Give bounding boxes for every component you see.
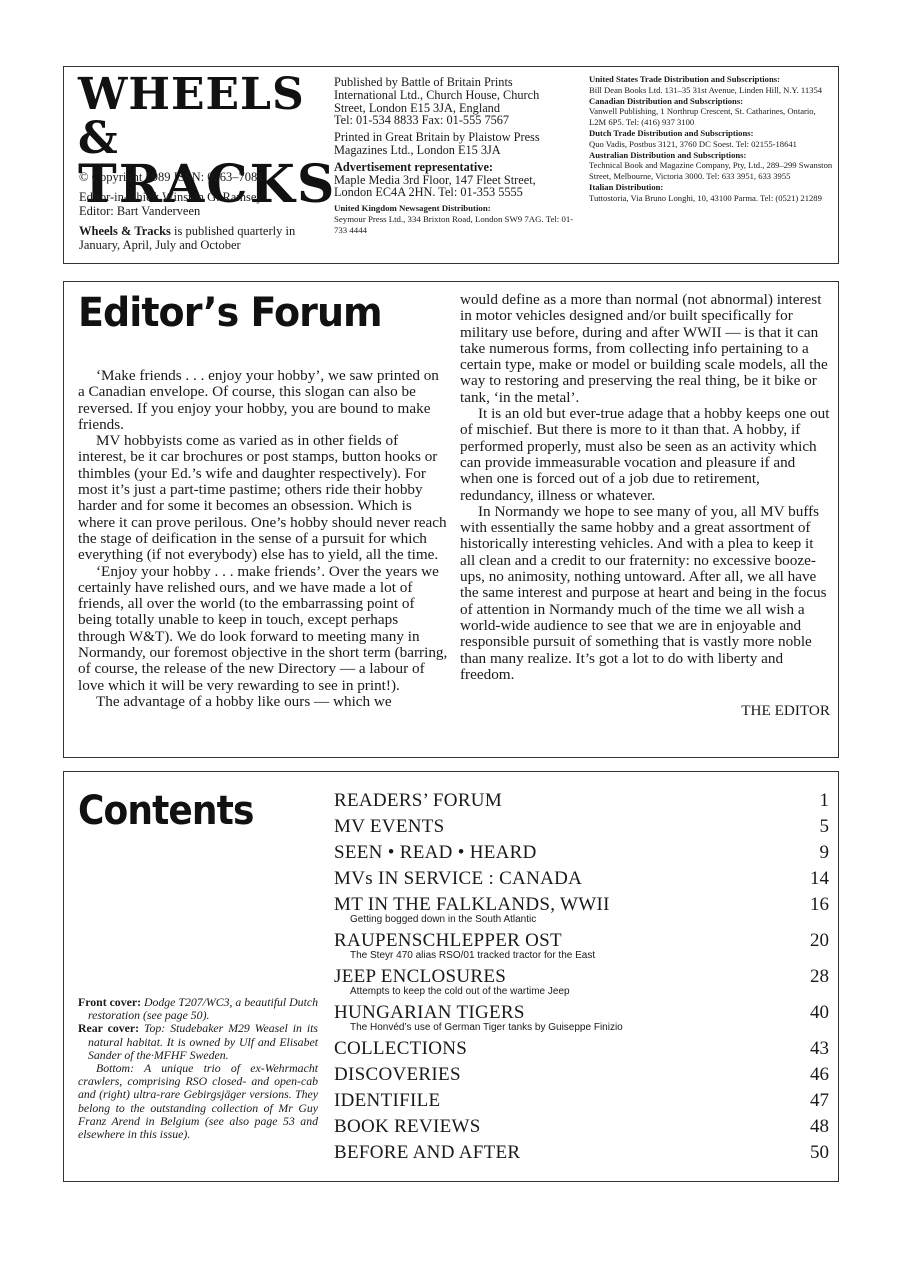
masthead-box: WHEELS & TRACKS © Copyright 1989 ISSN: 0… [63, 66, 839, 264]
logo-line-1: WHEELS & [78, 73, 328, 161]
uk-distribution: United Kingdom Newsagent Distribution:Se… [334, 203, 574, 236]
distribution-list: United States Trade Distribution and Sub… [589, 74, 834, 204]
editorial-paragraph: would define as a more than normal (not … [460, 292, 830, 406]
toc-entry-subtitle: Attempts to keep the cold out of the war… [334, 986, 829, 997]
toc-entry-page: 28 [810, 966, 829, 987]
distribution-label: Canadian Distribution and Subscriptions: [589, 96, 743, 106]
toc-entry[interactable]: DISCOVERIES46 [334, 1064, 829, 1085]
toc-entry-subtitle: The Honvéd’s use of German Tiger tanks b… [334, 1022, 829, 1033]
cover-captions: Front cover: Dodge T207/WC3, a beautiful… [78, 996, 318, 1141]
distribution-label: Dutch Trade Distribution and Subscriptio… [589, 128, 753, 138]
editorial-paragraph: MV hobbyists come as varied as in other … [78, 433, 448, 563]
toc-entry[interactable]: RAUPENSCHLEPPER OST20The Steyr 470 alias… [334, 930, 829, 961]
rear-cover-label: Rear cover: [78, 1021, 139, 1035]
publication-name: Wheels & Tracks [79, 224, 171, 238]
distribution-label: Australian Distribution and Subscription… [589, 150, 746, 160]
distribution-text: Technical Book and Magazine Company, Pty… [589, 160, 832, 181]
toc-entry[interactable]: READERS’ FORUM1 [334, 790, 829, 811]
toc-entry-title[interactable]: MVs IN SERVICE : CANADA [334, 868, 829, 889]
advert-info: Advertisement representative:Maple Media… [334, 161, 574, 199]
distribution-item: Dutch Trade Distribution and Subscriptio… [589, 128, 834, 150]
toc-entry-title[interactable]: DISCOVERIES [334, 1064, 829, 1085]
advert-text: Maple Media 3rd Floor, 147 Fleet Street,… [334, 173, 536, 200]
toc-entry-title[interactable]: COLLECTIONS [334, 1038, 829, 1059]
editor: Editor: Bart Vanderveen [79, 204, 200, 218]
distribution-label: United States Trade Distribution and Sub… [589, 74, 780, 84]
rear-cover-caption: Rear cover: Top: Studebaker M29 Weasel i… [78, 1022, 318, 1062]
contents-box: Contents Front cover: Dodge T207/WC3, a … [63, 771, 839, 1182]
distribution-text: Vanwell Publishing, 1 Northrup Crescent,… [589, 106, 816, 127]
toc-entry-page: 43 [810, 1038, 829, 1059]
masthead-credits: © Copyright 1989 ISSN: 0263–7081 Editor-… [79, 170, 329, 258]
toc-entry-title[interactable]: IDENTIFILE [334, 1090, 829, 1111]
toc-entry-title[interactable]: BEFORE AND AFTER [334, 1142, 829, 1163]
editor-in-chief: Editor-in-Chief: Winston G. Ramsey [79, 190, 263, 204]
uk-label: United Kingdom Newsagent Distribution: [334, 203, 491, 213]
toc-entry[interactable]: MV EVENTS5 [334, 816, 829, 837]
toc-entry-page: 48 [810, 1116, 829, 1137]
distribution-item: Australian Distribution and Subscription… [589, 150, 834, 182]
toc-entry[interactable]: SEEN • READ • HEARD9 [334, 842, 829, 863]
distribution-item: Canadian Distribution and Subscriptions:… [589, 96, 834, 128]
toc-entry-page: 9 [820, 842, 830, 863]
rear-cover-bottom-caption: Bottom: A unique trio of ex-Wehrmacht cr… [78, 1062, 318, 1141]
toc-entry-title[interactable]: SEEN • READ • HEARD [334, 842, 829, 863]
toc-entry-title[interactable]: RAUPENSCHLEPPER OST [334, 930, 829, 951]
toc-entry-page: 16 [810, 894, 829, 915]
contents-title: Contents [78, 788, 253, 834]
toc-entry[interactable]: IDENTIFILE47 [334, 1090, 829, 1111]
toc-entry-page: 50 [810, 1142, 829, 1163]
toc-entry-page: 14 [810, 868, 829, 889]
toc-entry[interactable]: MT IN THE FALKLANDS, WWII16Getting bogge… [334, 894, 829, 925]
toc-entry-page: 5 [820, 816, 830, 837]
publisher-address: Published by Battle of Britain Prints In… [334, 75, 539, 115]
editorial-paragraph: ‘Make friends . . . enjoy your hobby’, w… [78, 368, 448, 433]
toc-entry-page: 20 [810, 930, 829, 951]
editorial-column-2: would define as a more than normal (not … [460, 292, 830, 719]
toc-entry-page: 47 [810, 1090, 829, 1111]
editorial-paragraph: ‘Enjoy your hobby . . . make friends’. O… [78, 564, 448, 694]
uk-text: Seymour Press Ltd., 334 Brixton Road, Lo… [334, 214, 573, 235]
editor-credits: Editor-in-Chief: Winston G. RamseyEditor… [79, 190, 329, 218]
table-of-contents: READERS’ FORUM1 MV EVENTS5 SEEN • READ •… [334, 790, 829, 1168]
editorial-paragraph: In Normandy we hope to see many of you, … [460, 504, 830, 683]
toc-entry-title[interactable]: MT IN THE FALKLANDS, WWII [334, 894, 829, 915]
front-cover-label: Front cover: [78, 995, 141, 1009]
toc-entry-page: 40 [810, 1002, 829, 1023]
distribution-item: United States Trade Distribution and Sub… [589, 74, 834, 96]
distribution-text: Tuttostoria, Via Bruno Longhi, 10, 43100… [589, 193, 822, 203]
toc-entry-title[interactable]: HUNGARIAN TIGERS [334, 1002, 829, 1023]
toc-entry[interactable]: BOOK REVIEWS48 [334, 1116, 829, 1137]
toc-entry-subtitle: The Steyr 470 alias RSO/01 tracked tract… [334, 950, 829, 961]
printer-info: Printed in Great Britain by Plaistow Pre… [334, 131, 574, 157]
copyright-line: © Copyright 1989 ISSN: 0263–7081 [79, 170, 329, 184]
editors-forum-title: Editor’s Forum [78, 290, 382, 336]
toc-entry[interactable]: COLLECTIONS43 [334, 1038, 829, 1059]
toc-entry-title[interactable]: READERS’ FORUM [334, 790, 829, 811]
toc-entry-title[interactable]: BOOK REVIEWS [334, 1116, 829, 1137]
publisher-tel: Tel: 01-534 8833 Fax: 01-555 7567 [334, 113, 509, 127]
publication-schedule: Wheels & Tracks is published quarterly i… [79, 224, 329, 252]
toc-entry-subtitle: Getting bogged down in the South Atlanti… [334, 914, 829, 925]
editorial-column-1: ‘Make friends . . . enjoy your hobby’, w… [78, 368, 448, 710]
editors-forum-box: Editor’s Forum ‘Make friends . . . enjoy… [63, 281, 839, 758]
rear-cover-bottom-text: Bottom: A unique trio of ex-Wehrmacht cr… [78, 1061, 318, 1141]
editorial-paragraph: It is an old but ever-true adage that a … [460, 406, 830, 504]
toc-entry-page: 46 [810, 1064, 829, 1085]
toc-entry-title[interactable]: MV EVENTS [334, 816, 829, 837]
editorial-paragraph: The advantage of a hobby like ours — whi… [78, 694, 448, 710]
distribution-text: Quo Vadis, Postbus 3121, 3760 DC Soest. … [589, 139, 797, 149]
masthead-publisher: Published by Battle of Britain Prints In… [334, 76, 574, 240]
toc-entry[interactable]: JEEP ENCLOSURES28Attempts to keep the co… [334, 966, 829, 997]
distribution-label: Italian Distribution: [589, 182, 663, 192]
toc-entry[interactable]: HUNGARIAN TIGERS40The Honvéd’s use of Ge… [334, 1002, 829, 1033]
toc-entry[interactable]: MVs IN SERVICE : CANADA14 [334, 868, 829, 889]
toc-entry[interactable]: BEFORE AND AFTER50 [334, 1142, 829, 1163]
front-cover-caption: Front cover: Dodge T207/WC3, a beautiful… [78, 996, 318, 1022]
toc-entry-title[interactable]: JEEP ENCLOSURES [334, 966, 829, 987]
distribution-text: Bill Dean Books Ltd. 131–35 31st Avenue,… [589, 85, 822, 95]
toc-entry-page: 1 [820, 790, 830, 811]
editor-signoff: THE EDITOR [460, 703, 830, 719]
distribution-item: Italian Distribution:Tuttostoria, Via Br… [589, 182, 834, 204]
publisher-info: Published by Battle of Britain Prints In… [334, 76, 574, 127]
